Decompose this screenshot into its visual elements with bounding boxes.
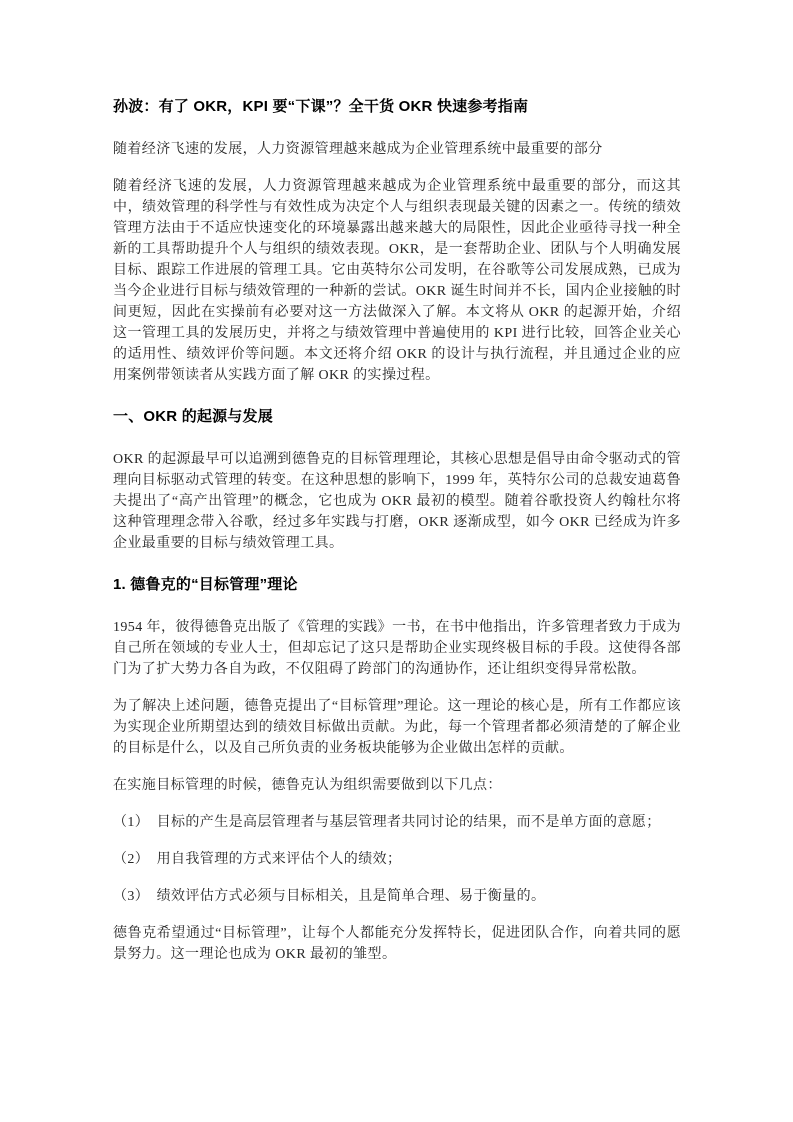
document-page: 孙波：有了 OKR，KPI 要“下课”？全干货 OKR 快速参考指南 随着经济飞… xyxy=(0,0,793,1122)
closing-paragraph: 德鲁克希望通过“目标管理”，让每个人都能充分发挥特长，促进团队合作，向着共同的愿… xyxy=(113,923,681,965)
document-content: 孙波：有了 OKR，KPI 要“下课”？全干货 OKR 快速参考指南 随着经济飞… xyxy=(113,96,681,981)
section-1-heading: 一、OKR 的起源与发展 xyxy=(113,406,681,427)
list-item-3: （3） 绩效评估方式必须与目标相关，且是简单合理、易于衡量的。 xyxy=(113,886,681,907)
subsection-1-heading: 1. 德鲁克的“目标管理”理论 xyxy=(113,574,681,595)
list-item-1: （1） 目标的产生是高层管理者与基层管理者共同讨论的结果，而不是单方面的意愿； xyxy=(113,812,681,833)
list-item-2: （2） 用自我管理的方式来评估个人的绩效； xyxy=(113,849,681,870)
lede-paragraph: 随着经济飞速的发展，人力资源管理越来越成为企业管理系统中最重要的部分 xyxy=(113,139,681,160)
list-intro-paragraph: 在实施目标管理的时候，德鲁克认为组织需要做到以下几点： xyxy=(113,775,681,796)
subsection-1-paragraph-2: 为了解决上述问题，德鲁克提出了“目标管理”理论。这一理论的核心是，所有工作都应该… xyxy=(113,696,681,759)
intro-paragraph: 随着经济飞速的发展，人力资源管理越来越成为企业管理系统中最重要的部分，而这其中，… xyxy=(113,176,681,386)
section-1-paragraph: OKR 的起源最早可以追溯到德鲁克的目标管理理论，其核心思想是倡导由命令驱动式的… xyxy=(113,449,681,554)
document-title: 孙波：有了 OKR，KPI 要“下课”？全干货 OKR 快速参考指南 xyxy=(113,96,681,117)
subsection-1-paragraph-1: 1954 年，彼得德鲁克出版了《管理的实践》一书，在书中他指出，许多管理者致力于… xyxy=(113,617,681,680)
